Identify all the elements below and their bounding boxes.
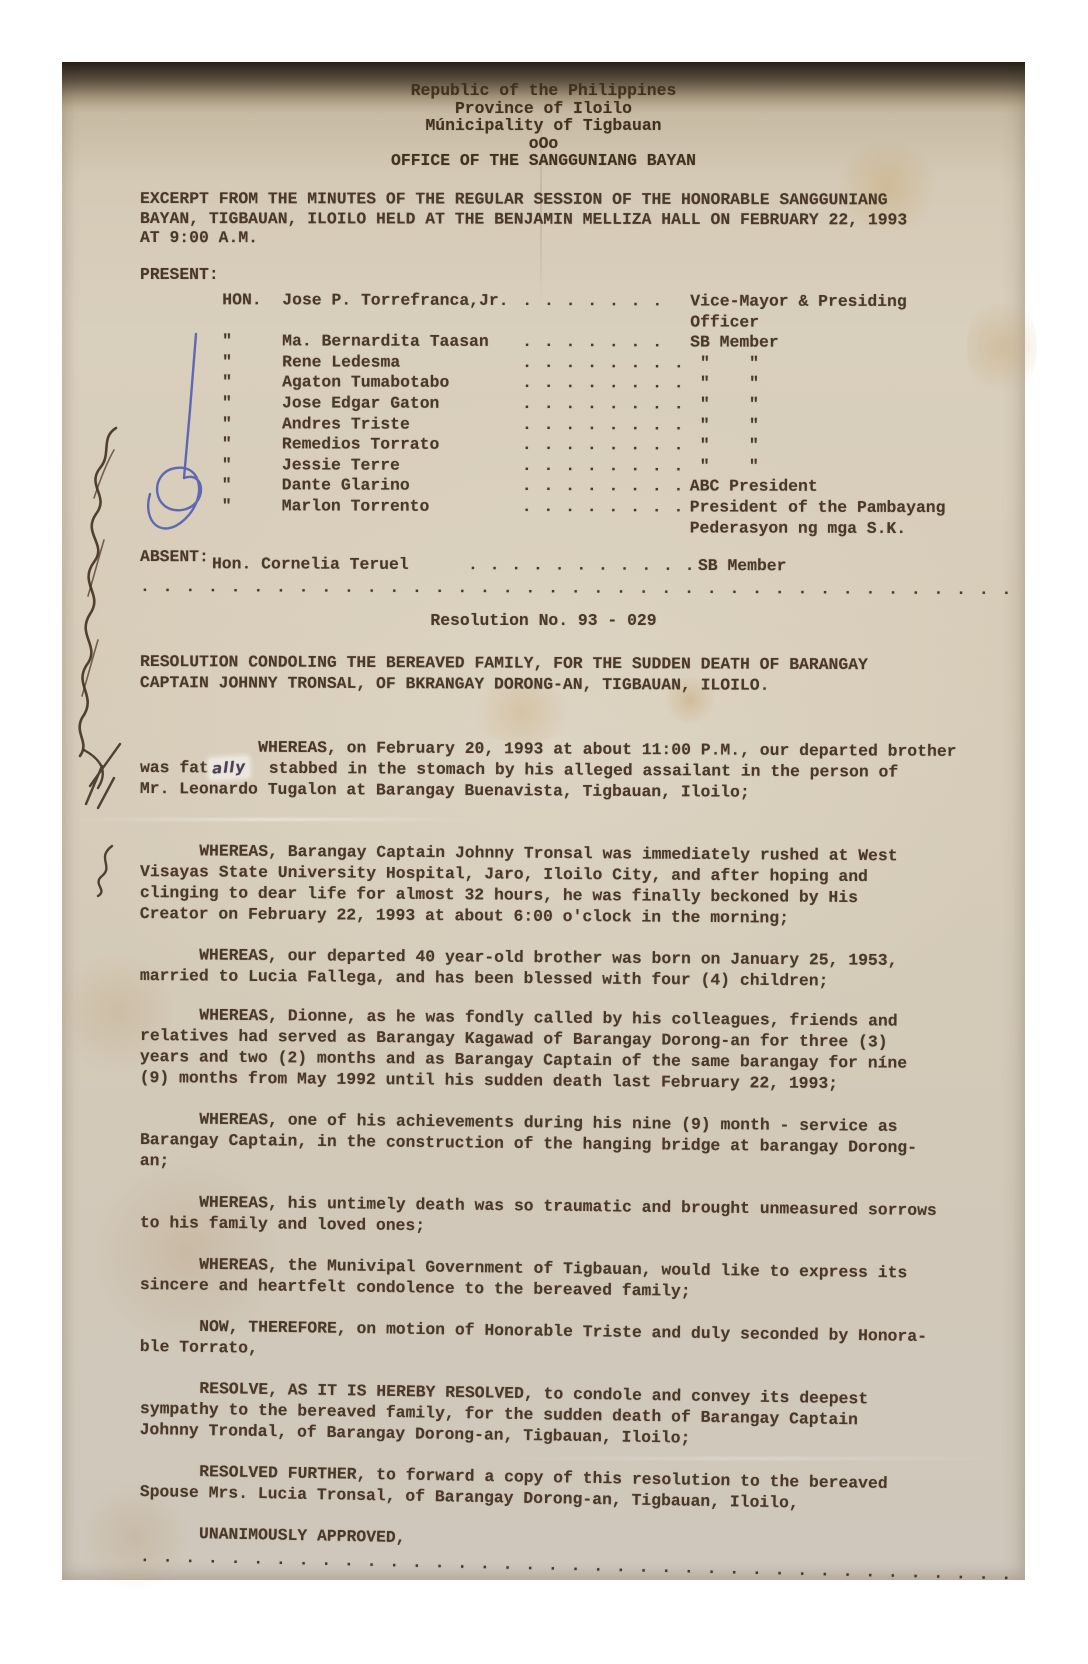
- attendee-role: ABC President: [690, 477, 1005, 498]
- whereas-paragraph-7: WHEREAS, the Munivipal Government of Tig…: [140, 1253, 1005, 1306]
- header-municipality: Múnicipality of Tigbauan: [140, 117, 947, 135]
- whereas-1-post: stabbed in the stomach by his alleged as…: [140, 759, 898, 802]
- absent-name: Hon. Cornelia Teruel: [212, 554, 468, 575]
- document-page: Republic of the Philippines Province of …: [62, 62, 1025, 1580]
- attendee-row: " Ma. Bernardita Taasan . . . . . . . SB…: [222, 331, 1005, 354]
- attendee-prefix: ": [222, 393, 282, 414]
- attendee-prefix: ": [222, 496, 282, 537]
- attendee-name: Andres Triste: [282, 414, 522, 435]
- handwritten-correction: ally: [208, 756, 249, 780]
- leader-dots: . . . . . . . .: [522, 394, 690, 415]
- attendee-row: " Dante Glarino . . . . . . . . ABC Pres…: [222, 476, 1005, 499]
- attendee-role: " ": [690, 415, 1005, 436]
- attendee-prefix: ": [222, 455, 282, 476]
- leader-dots: . . . . . . . .: [522, 456, 690, 477]
- leader-dots: . . . . . . .: [522, 332, 690, 353]
- attendee-role: " ": [690, 374, 1005, 395]
- attendee-prefix: ": [222, 373, 282, 394]
- whereas-paragraph-6: WHEREAS, his untimely death was so traum…: [140, 1191, 1005, 1243]
- attendee-role: SB Member: [690, 333, 1005, 354]
- present-label: PRESENT:: [140, 264, 1005, 285]
- whereas-paragraph-3: WHEREAS, our departed 40 year-old brothe…: [140, 944, 1005, 993]
- header-office: OFFICE OF THE SANGGUNIANG BAYAN: [140, 152, 947, 170]
- attendee-row: HON. Jose P. Torrefranca,Jr. . . . . . .…: [222, 290, 1005, 333]
- attendee-row: " Rene Ledesma . . . . . . . . " ": [222, 352, 1005, 375]
- resolved-further-paragraph: RESOLVED FURTHER, to forward a copy of t…: [140, 1460, 1006, 1517]
- screenshot-root: { "doc": { "header": { "line1": "Republi…: [0, 0, 1088, 1664]
- whereas-paragraph-5: WHEREAS, one of his achievements during …: [140, 1108, 1006, 1180]
- attendee-row: " Agaton Tumabotabo . . . . . . . . " ": [222, 373, 1005, 396]
- attendee-name: Ma. Bernardita Taasan: [282, 332, 522, 353]
- attendee-row: " Andres Triste . . . . . . . . " ": [222, 414, 1005, 437]
- attendee-prefix: ": [222, 476, 282, 497]
- absent-role: SB Member: [698, 556, 1005, 577]
- whereas-paragraph-2: WHEREAS, Barangay Captain Johnny Tronsal…: [140, 840, 1006, 930]
- leader-dots: . . . . . . . . . . .: [468, 555, 698, 576]
- absent-row: ABSENT: Hon. Cornelia Teruel . . . . . .…: [140, 547, 1005, 570]
- attendee-name: Jose Edgar Gaton: [282, 393, 522, 414]
- attendee-prefix: HON.: [222, 290, 282, 331]
- leader-dots: . . . . . . . .: [522, 435, 690, 456]
- attendee-prefix: ": [222, 331, 282, 352]
- attendance-list: HON. Jose P. Torrefranca,Jr. . . . . . .…: [140, 290, 1006, 539]
- attendee-row: " Remedios Torrato . . . . . . . . " ": [222, 434, 1005, 457]
- attendee-name: Agaton Tumabotabo: [282, 373, 522, 394]
- attendee-role: " ": [690, 436, 1005, 457]
- attendee-prefix: ": [222, 352, 282, 373]
- resolution-number: Resolution No. 93 - 029: [140, 610, 947, 631]
- attendee-row: " Jose Edgar Gaton . . . . . . . . " ": [222, 393, 1005, 416]
- now-therefore-paragraph: NOW, THEREFORE, on motion of Honorable T…: [140, 1315, 1006, 1369]
- dotted-separator: . . . . . . . . . . . . . . . . . . . . …: [140, 576, 1005, 600]
- resolution-title: RESOLUTION CONDOLING THE BEREAVED FAMILY…: [140, 651, 1005, 697]
- leader-dots: . . . . . . . .: [522, 497, 690, 539]
- resolve-paragraph: RESOLVE, AS IT IS HEREBY RESOLVED, to co…: [140, 1377, 1006, 1454]
- whereas-paragraph-1: WHEREAS, on February 20, 1993 at about 1…: [140, 715, 1006, 825]
- excerpt-paragraph: EXCERPT FROM THE MINUTES OF THE REGULAR …: [140, 189, 1005, 249]
- leader-dots: . . . . . . . .: [522, 476, 690, 497]
- leader-dots: . . . . . . .: [522, 291, 690, 333]
- attendee-role: " ": [690, 353, 1005, 374]
- leader-dots: . . . . . . . .: [522, 415, 690, 436]
- leader-dots: . . . . . . . .: [522, 353, 690, 374]
- absent-label: ABSENT:: [140, 547, 212, 567]
- attendee-role: President of the Pambayang Pederasyon ng…: [690, 497, 1005, 539]
- attendee-name: Dante Glarino: [282, 476, 522, 497]
- attendee-name: Rene Ledesma: [282, 352, 522, 373]
- attendee-role: " ": [690, 456, 1005, 477]
- header-republic: Republic of the Philippines: [140, 82, 947, 100]
- header-province: Province of Iloilo: [140, 100, 947, 118]
- header-ooo-divider: oOo: [140, 135, 947, 153]
- attendee-role: " ": [690, 394, 1005, 415]
- attendee-row: " Jessie Terre . . . . . . . . " ": [222, 455, 1005, 478]
- document-header: Republic of the Philippines Province of …: [140, 82, 947, 170]
- leader-dots: . . . . . . . .: [522, 373, 690, 394]
- attendee-row: " Marlon Torrento . . . . . . . . Presid…: [222, 496, 1005, 539]
- attendee-name: Jose P. Torrefranca,Jr.: [282, 290, 522, 332]
- document-content: Republic of the Philippines Province of …: [62, 62, 1025, 1567]
- attendee-name: Remedios Torrato: [282, 435, 522, 456]
- attendee-role: Vice-Mayor & Presiding Officer: [690, 291, 1005, 333]
- whereas-paragraph-4: WHEREAS, Dionne, as he was fondly called…: [140, 1004, 1006, 1096]
- attendee-name: Marlon Torrento: [282, 496, 522, 538]
- attendee-prefix: ": [222, 434, 282, 455]
- attendee-name: Jessie Terre: [282, 455, 522, 476]
- attendee-prefix: ": [222, 414, 282, 435]
